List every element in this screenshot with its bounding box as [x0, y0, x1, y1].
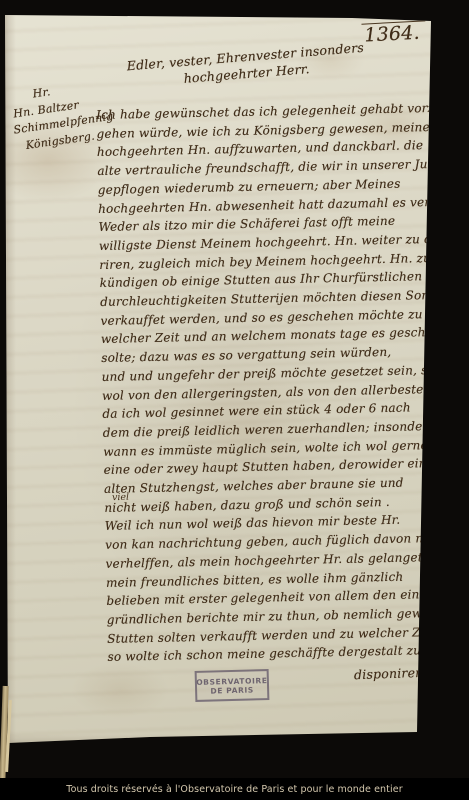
manuscript-page: 1364. Edler, vester, Ehrenvester insonde…	[0, 0, 469, 800]
observatory-stamp: OBSERVATOIRE DE PARIS	[195, 669, 270, 702]
scan-background: 1364. Edler, vester, Ehrenvester insonde…	[0, 0, 469, 800]
salutation: Edler, vester, Ehrenvester insondershoch…	[111, 38, 381, 93]
interlinear-insertion: viel	[112, 492, 129, 504]
stamp-line-2: DE PARIS	[210, 685, 254, 695]
copyright-bar: Tous droits réservés à l'Observatoire de…	[0, 778, 469, 800]
manuscript-body: Ich habe gewünschet das ich gelegenheit …	[96, 99, 444, 667]
catchword: disponiren	[353, 665, 423, 682]
page-bottom-shadow	[0, 734, 439, 748]
copyright-text: Tous droits réservés à l'Observatoire de…	[66, 784, 402, 795]
